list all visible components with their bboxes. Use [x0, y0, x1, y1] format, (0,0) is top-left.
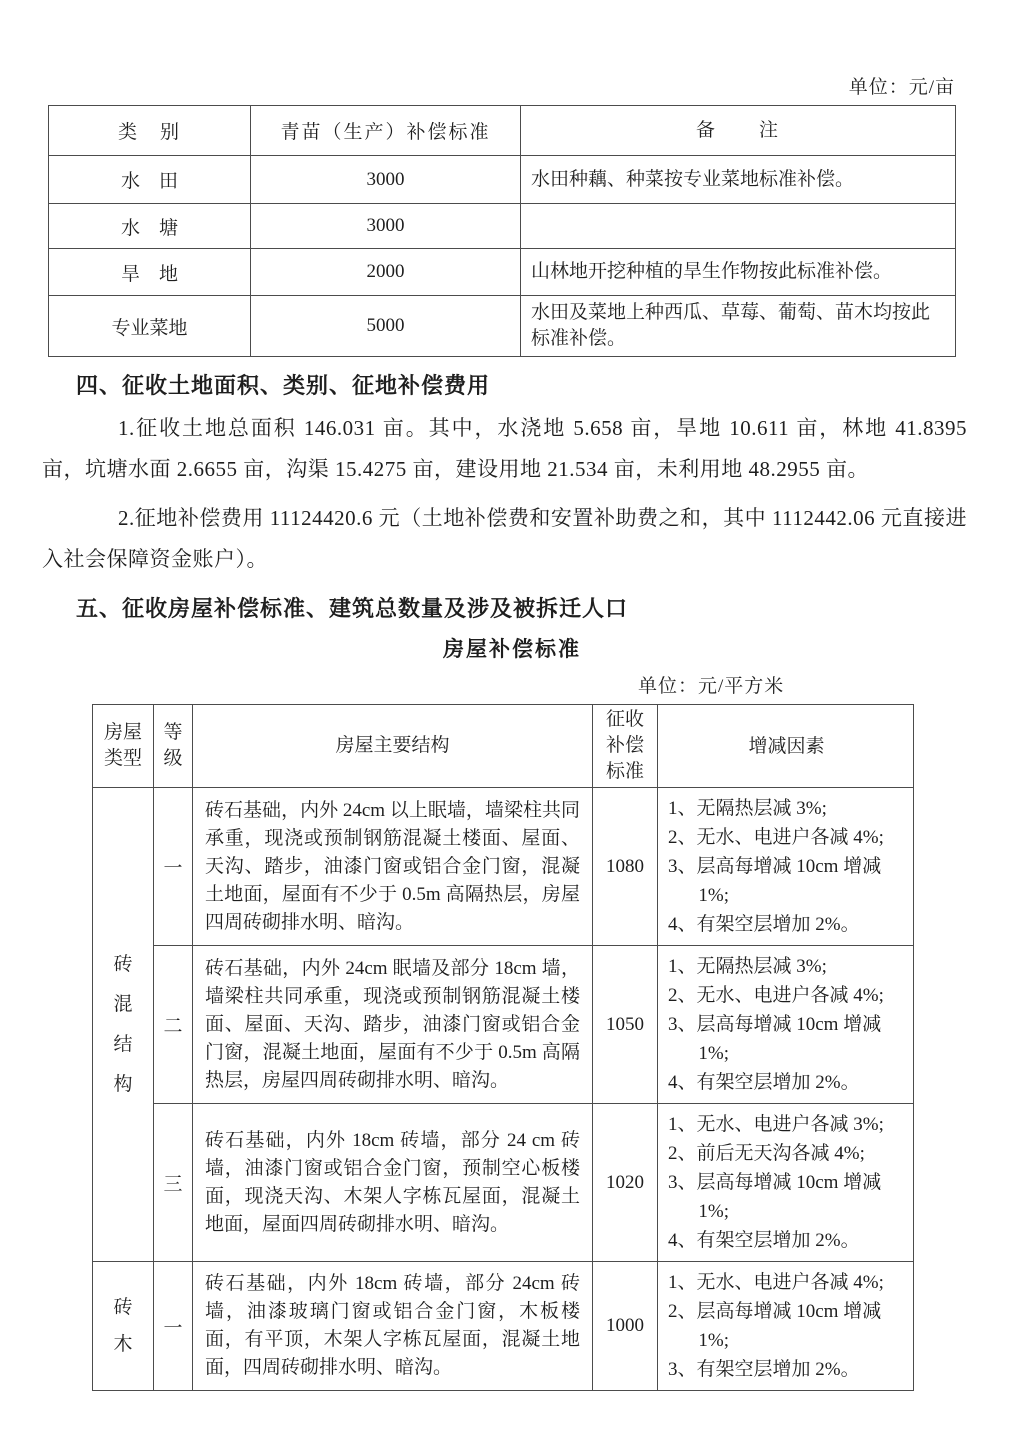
house-structure: 砖石基础，内外 24cm 以上眠墙，墙梁柱共同承重，现浇或预制钢筋混凝土楼面、屋…: [193, 788, 593, 946]
table-row: 专业菜地 5000 水田及菜地上种西瓜、草莓、葡萄、苗木均按此标准补偿。: [49, 296, 956, 357]
crop-remark: 山林地开挖种植的旱生作物按此标准补偿。: [521, 249, 956, 296]
factor-item: 3、层高每增减 10cm 增减 1%;: [668, 1168, 905, 1226]
house-grade: 二: [154, 946, 193, 1104]
table-row: 砖木 一 砖石基础，内外 18cm 砖墙，部分 24cm 砖墙，油漆玻璃门窗或铝…: [93, 1262, 914, 1391]
house-factors: 1、无水、电进户各减 3%; 2、前后无天沟各减 4%; 3、层高每增减 10c…: [658, 1104, 914, 1262]
house-compensation-table: 房屋类型 等级 房屋主要结构 征收补偿标准 增减因素 砖混结构 一 砖石基础，内…: [92, 704, 914, 1391]
house-grade: 一: [154, 1262, 193, 1391]
house-grade: 三: [154, 1104, 193, 1262]
factor-item: 1、无隔热层减 3%;: [668, 952, 905, 981]
crop-standard: 3000: [251, 156, 521, 204]
crop-category: 专业菜地: [49, 296, 251, 357]
house-factors: 1、无隔热层减 3%; 2、无水、电进户各减 4%; 3、层高每增减 10cm …: [658, 946, 914, 1104]
house-structure: 砖石基础，内外 18cm 砖墙，部分 24 cm 砖墙，油漆门窗或铝合金门窗，预…: [193, 1104, 593, 1262]
house-table-unit-note: 单位：元/平方米: [638, 671, 1024, 698]
factor-item: 2、无水、电进户各减 4%;: [668, 823, 905, 852]
factor-item: 1、无水、电进户各减 3%;: [668, 1110, 905, 1139]
crop-category: 水 田: [49, 156, 251, 204]
table-row: 砖混结构 一 砖石基础，内外 24cm 以上眠墙，墙梁柱共同承重，现浇或预制钢筋…: [93, 788, 914, 946]
crop-table-unit-note: 单位：元/亩: [0, 72, 955, 99]
table-row: 三 砖石基础，内外 18cm 砖墙，部分 24 cm 砖墙，油漆门窗或铝合金门窗…: [93, 1104, 914, 1262]
table-row: 水 塘 3000: [49, 204, 956, 249]
house-structure: 砖石基础，内外 24cm 眠墙及部分 18cm 墙，墙梁柱共同承重，现浇或预制钢…: [193, 946, 593, 1104]
factor-item: 4、有架空层增加 2%。: [668, 1068, 905, 1097]
section4-paragraph-1: 1.征收土地总面积 146.031 亩。其中，水浇地 5.658 亩，旱地 10…: [42, 408, 967, 490]
section4-heading: 四、征收土地面积、类别、征地补偿费用: [76, 369, 1024, 400]
factor-item: 3、层高每增减 10cm 增减 1%;: [668, 852, 905, 910]
scanned-document-page: { "table1": { "unit": "单位：元/亩", "headers…: [0, 0, 1024, 1446]
crop-category: 水 塘: [49, 204, 251, 249]
crop-table-header-row: 类 别 青苗（生产）补偿标准 备 注: [49, 106, 956, 156]
house-standard: 1080: [593, 788, 658, 946]
section5-heading: 五、征收房屋补偿标准、建筑总数量及涉及被拆迁人口: [76, 592, 1024, 623]
crop-compensation-table: 类 别 青苗（生产）补偿标准 备 注 水 田 3000 水田种藕、种菜按专业菜地…: [48, 105, 956, 357]
crop-header-remark: 备 注: [521, 106, 956, 156]
house-header-factors: 增减因素: [658, 705, 914, 788]
table-row: 二 砖石基础，内外 24cm 眠墙及部分 18cm 墙，墙梁柱共同承重，现浇或预…: [93, 946, 914, 1104]
factor-item: 4、有架空层增加 2%。: [668, 1226, 905, 1255]
house-header-structure: 房屋主要结构: [193, 705, 593, 788]
house-type-cell: 砖木: [93, 1262, 154, 1391]
factor-item: 2、无水、电进户各减 4%;: [668, 981, 905, 1010]
crop-remark: 水田种藕、种菜按专业菜地标准补偿。: [521, 156, 956, 204]
factor-item: 1、无隔热层减 3%;: [668, 794, 905, 823]
house-header-standard: 征收补偿标准: [593, 705, 658, 788]
factor-item: 2、前后无天沟各减 4%;: [668, 1139, 905, 1168]
crop-standard: 2000: [251, 249, 521, 296]
factor-item: 1、无水、电进户各减 4%;: [668, 1268, 905, 1297]
house-grade: 一: [154, 788, 193, 946]
house-type-cell: 砖混结构: [93, 788, 154, 1262]
crop-header-category: 类 别: [49, 106, 251, 156]
crop-header-standard: 青苗（生产）补偿标准: [251, 106, 521, 156]
factor-item: 3、层高每增减 10cm 增减 1%;: [668, 1010, 905, 1068]
crop-standard: 3000: [251, 204, 521, 249]
factor-item: 2、层高每增减 10cm 增减 1%;: [668, 1297, 905, 1355]
crop-standard: 5000: [251, 296, 521, 357]
house-factors: 1、无隔热层减 3%; 2、无水、电进户各减 4%; 3、层高每增减 10cm …: [658, 788, 914, 946]
house-table-title: 房屋补偿标准: [0, 633, 1024, 663]
house-standard: 1020: [593, 1104, 658, 1262]
factor-item: 4、有架空层增加 2%。: [668, 910, 905, 939]
crop-remark: [521, 204, 956, 249]
table-row: 旱 地 2000 山林地开挖种植的旱生作物按此标准补偿。: [49, 249, 956, 296]
house-structure: 砖石基础，内外 18cm 砖墙，部分 24cm 砖墙，油漆玻璃门窗或铝合金门窗，…: [193, 1262, 593, 1391]
crop-category: 旱 地: [49, 249, 251, 296]
house-standard: 1000: [593, 1262, 658, 1391]
house-header-type: 房屋类型: [93, 705, 154, 788]
factor-item: 3、有架空层增加 2%。: [668, 1355, 905, 1384]
crop-remark: 水田及菜地上种西瓜、草莓、葡萄、苗木均按此标准补偿。: [521, 296, 956, 357]
section4-paragraph-2: 2.征地补偿费用 11124420.6 元（土地补偿费和安置补助费之和，其中 1…: [42, 498, 967, 580]
table-row: 水 田 3000 水田种藕、种菜按专业菜地标准补偿。: [49, 156, 956, 204]
house-standard: 1050: [593, 946, 658, 1104]
house-factors: 1、无水、电进户各减 4%; 2、层高每增减 10cm 增减 1%; 3、有架空…: [658, 1262, 914, 1391]
house-header-grade: 等级: [154, 705, 193, 788]
house-table-header-row: 房屋类型 等级 房屋主要结构 征收补偿标准 增减因素: [93, 705, 914, 788]
